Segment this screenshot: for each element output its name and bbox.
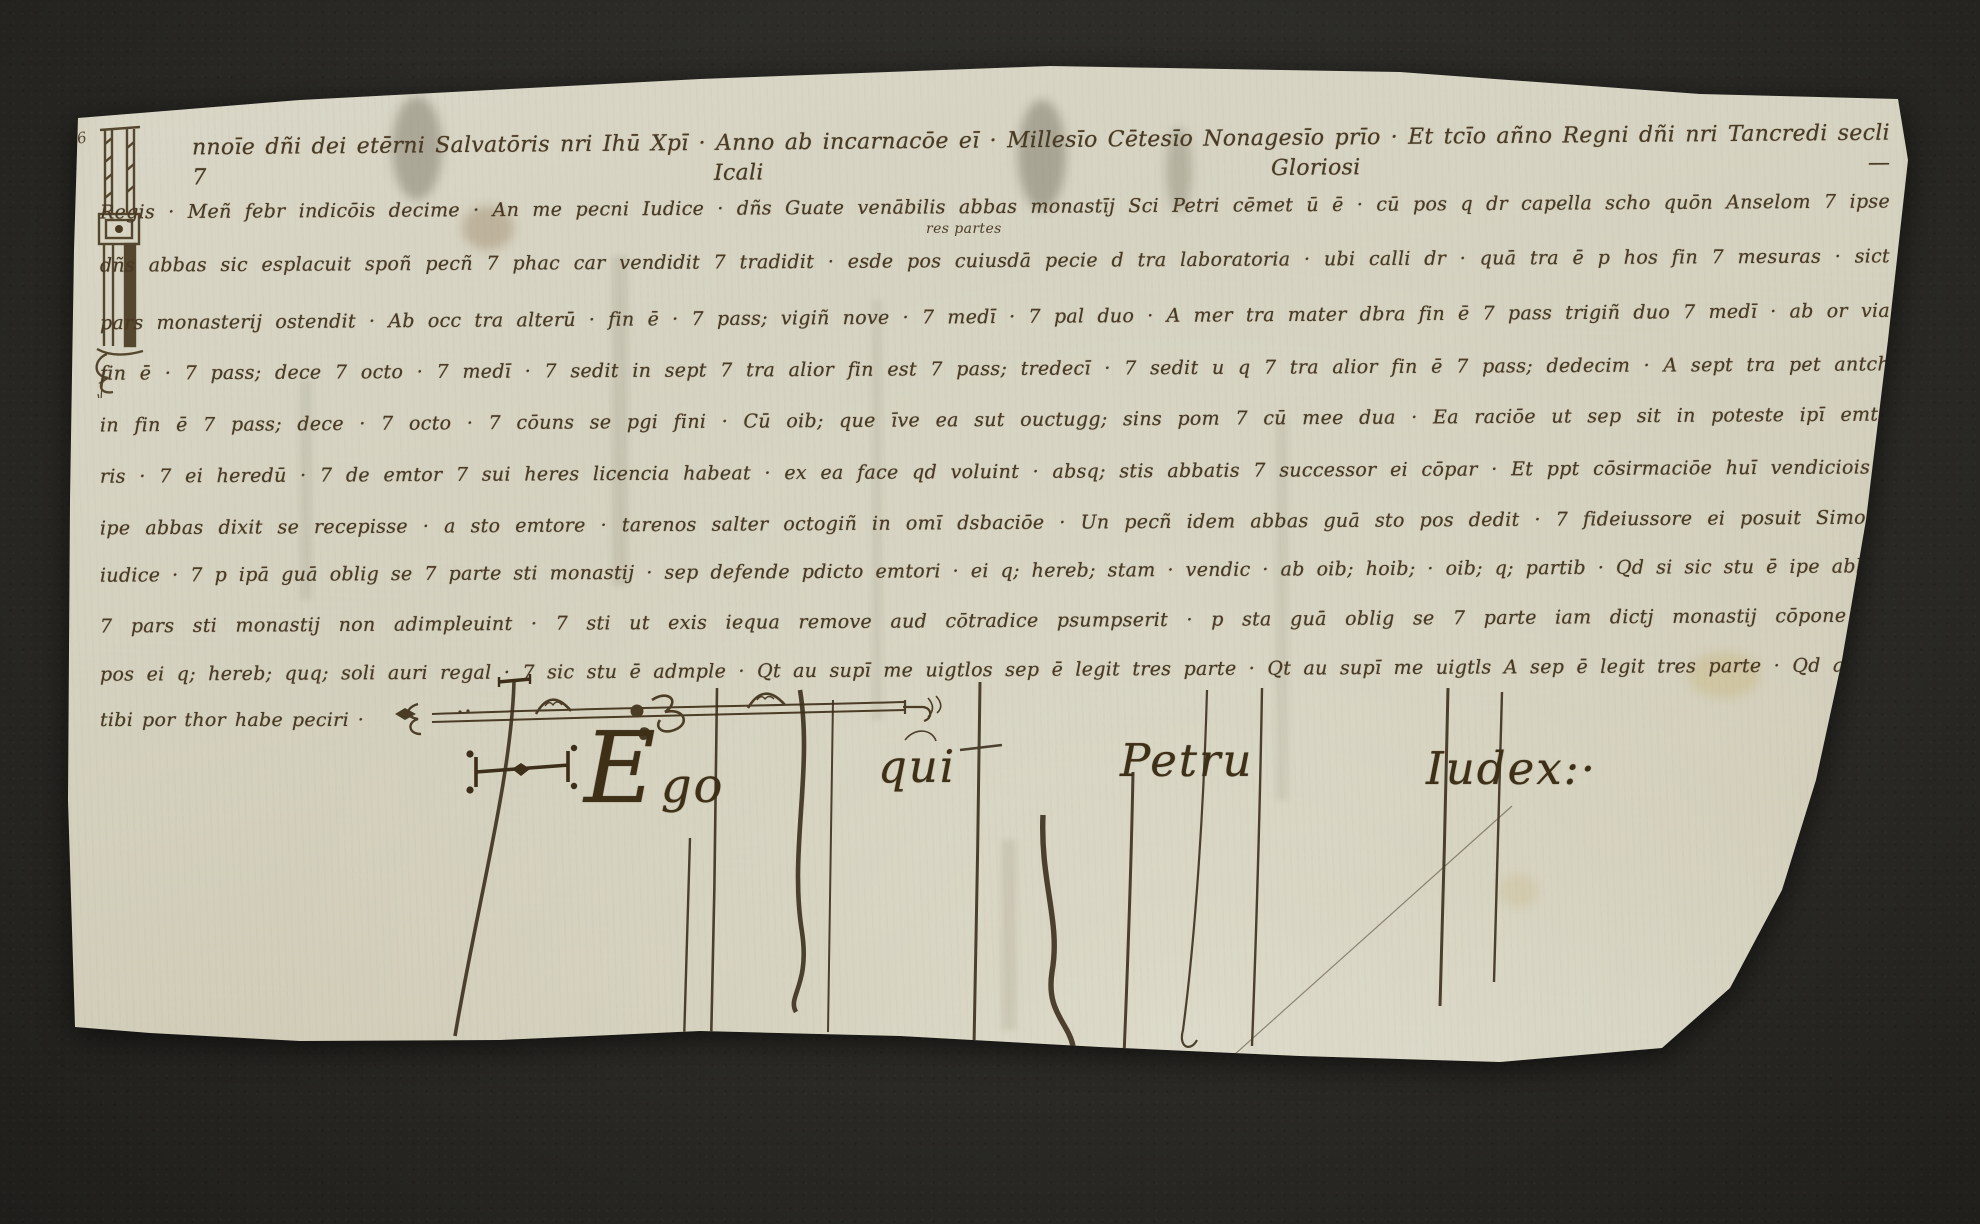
manuscript-line: dñs abbas sic esplacuit spoñ pecñ 7 phac… (100, 241, 1890, 284)
photo-background: 6 nno (0, 0, 1980, 1224)
manuscript-line: nnoīe dñi dei etērni Salvatōris nri Ihū … (192, 119, 1890, 168)
manuscript-line: fin ē · 7 pass; dece 7 octo · 7 medī · 7… (100, 349, 1890, 392)
manuscript-line: pars monasterij ostendit · Ab occ tra al… (100, 296, 1890, 342)
manuscript-line: 7 pars sti monastij non adimpleuint · 7 … (100, 601, 1890, 646)
signature-word-petru: Petru (1120, 734, 1253, 787)
parchment-shadow-wrap: 6 nno (0, 0, 1980, 1224)
manuscript-line: ipe abbas dixit se recepisse · a sto emt… (100, 503, 1890, 548)
parchment-sheet: 6 nno (0, 0, 1980, 1224)
manuscript-line: ris · 7 ei heredū · 7 de emtor 7 sui her… (100, 452, 1890, 495)
manuscript-line: iudice · 7 p ipā guā oblig se 7 parte st… (100, 551, 1890, 594)
interlinear-addition: res partes (926, 221, 1002, 237)
manuscript-closing-line: tibi por thor habe peciri · (100, 705, 364, 739)
fold-streak (1002, 840, 1016, 1030)
signature-word-iudex: Iudex:· (1426, 742, 1597, 795)
yellow-stain (1498, 874, 1538, 908)
notary-cross-icon (466, 674, 577, 794)
manuscript-line: pos ei q; hereb; quq; soli auri regal · … (100, 650, 1890, 693)
signature-word-ego: Ego (584, 712, 724, 826)
margin-pen-mark: 6 (75, 128, 88, 148)
signature-word-qui: qui (878, 740, 956, 793)
manuscript-line: in fin ē 7 pass; dece · 7 octo · 7 cōuns… (100, 400, 1890, 445)
